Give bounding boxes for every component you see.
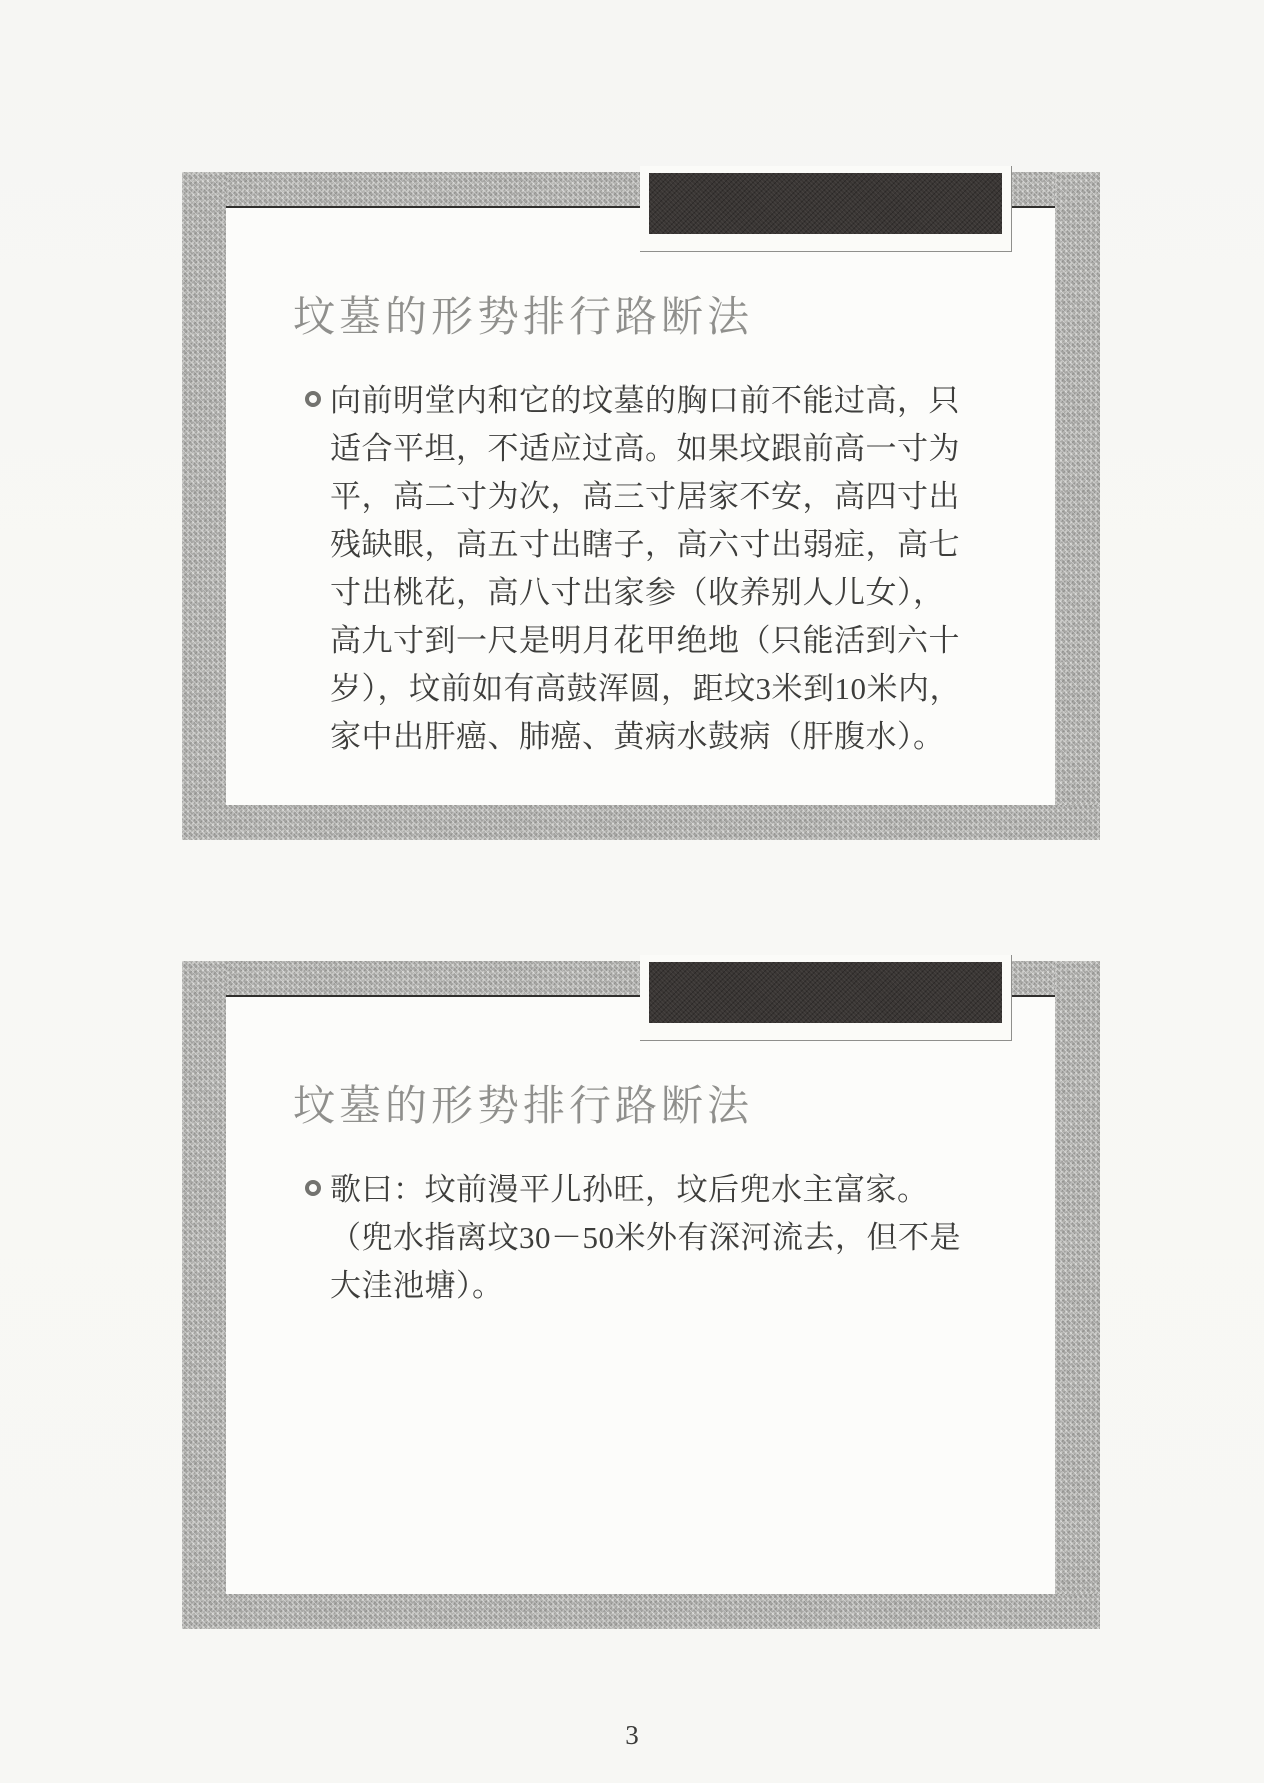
body-line: （兜水指离坟30－50米外有深河流去，但不是	[330, 1214, 961, 1262]
body-line: 向前明堂内和它的坟墓的胸口前不能过高，只	[330, 377, 961, 425]
body-line: 平，高二寸为次，高三寸居家不安，高四寸出	[330, 473, 961, 521]
slide-title: 坟墓的形势排行路断法	[293, 1073, 753, 1133]
body-line: 残缺眼，高五寸出瞎子，高六寸出弱症，高七	[330, 521, 961, 569]
body-line: 家中出肝癌、肺癌、黄病水鼓病（肝腹水）。	[330, 713, 961, 761]
bullet-item: 歌曰：坟前漫平儿孙旺，坟后兜水主富家。 （兜水指离坟30－50米外有深河流去，但…	[305, 1166, 961, 1310]
dark-accent-bar	[649, 173, 1002, 234]
title-bar-decoration	[640, 166, 1012, 252]
body-line: 高九寸到一尺是明月花甲绝地（只能活到六十	[330, 617, 961, 665]
bullet-item: 向前明堂内和它的坟墓的胸口前不能过高，只 适合平坦，不适应过高。如果坟跟前高一寸…	[305, 377, 961, 761]
slide-frame-left	[182, 961, 226, 1629]
slide-frame-left	[182, 172, 226, 840]
slide-2: 坟墓的形势排行路断法 歌曰：坟前漫平儿孙旺，坟后兜水主富家。 （兜水指离坟30－…	[182, 961, 1100, 1629]
body-text-block: 歌曰：坟前漫平儿孙旺，坟后兜水主富家。 （兜水指离坟30－50米外有深河流去，但…	[330, 1166, 961, 1310]
dark-accent-bar	[649, 962, 1002, 1023]
scanned-document-page: 坟墓的形势排行路断法 向前明堂内和它的坟墓的胸口前不能过高，只 适合平坦，不适应…	[0, 0, 1264, 1783]
slide-frame-right	[1055, 961, 1100, 1629]
body-line: 寸出桃花，高八寸出家参（收养别人儿女），	[330, 569, 961, 617]
body-line: 适合平坦，不适应过高。如果坟跟前高一寸为	[330, 425, 961, 473]
page-number: 3	[0, 1720, 1264, 1751]
slide-1: 坟墓的形势排行路断法 向前明堂内和它的坟墓的胸口前不能过高，只 适合平坦，不适应…	[182, 172, 1100, 840]
ring-bullet-icon	[305, 1180, 321, 1196]
ring-bullet-icon	[305, 391, 321, 407]
body-text-block: 向前明堂内和它的坟墓的胸口前不能过高，只 适合平坦，不适应过高。如果坟跟前高一寸…	[330, 377, 961, 761]
slide-title: 坟墓的形势排行路断法	[293, 284, 753, 344]
slide-frame-right	[1055, 172, 1100, 840]
slide-frame-bottom	[182, 805, 1100, 840]
body-line: 大洼池塘）。	[330, 1262, 961, 1310]
body-line: 岁），坟前如有高鼓浑圆，距坟3米到10米内，	[330, 665, 961, 713]
slide-frame-bottom	[182, 1594, 1100, 1629]
body-line: 歌曰：坟前漫平儿孙旺，坟后兜水主富家。	[330, 1166, 961, 1214]
title-bar-decoration	[640, 955, 1012, 1041]
